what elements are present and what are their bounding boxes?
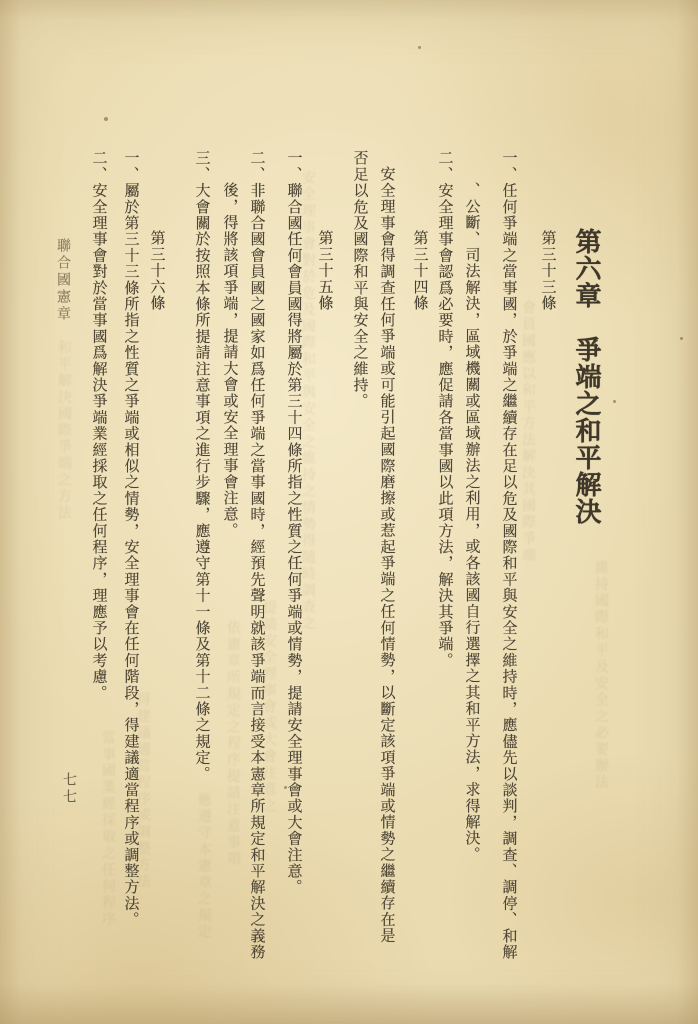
bleedthrough-text: 維持國際和平及安全之必要辦法 bbox=[593, 560, 607, 791]
paper-speck bbox=[680, 337, 683, 340]
text-column: 否足以危及國際和平與安全之維持。 bbox=[352, 150, 367, 409]
bleedthrough-text: 安全理事會對於危及國際和平與安全之維持之情勢得隨時調查之 bbox=[300, 170, 314, 632]
scanned-book-page: 第六章 爭端之和平解決第三十三條一、任何爭端之當事國，於爭端之繼續存在足以危及國… bbox=[0, 0, 698, 1024]
chapter-title: 第六章 爭端之和平解決 bbox=[573, 228, 599, 525]
bleedthrough-text: 當事國業經採取之任何程序 bbox=[100, 730, 114, 928]
bleedthrough-text: 提請安全理事會或大會注意之 bbox=[261, 600, 275, 815]
article-heading: 第三十六條 bbox=[149, 230, 164, 311]
text-column: 二、安全理事會認爲必要時，應促請各當事國以此項方法，解決其爭端。 bbox=[437, 150, 452, 668]
running-title: 聯合國憲章 bbox=[55, 238, 69, 323]
bleedthrough-text: 依憲章所規定之程序提請注意事項 bbox=[225, 620, 239, 868]
paper-speck bbox=[104, 117, 108, 121]
paper-speck bbox=[284, 786, 287, 789]
bleedthrough-text: 會員國應以和平方法解決其國際爭端 bbox=[520, 300, 534, 564]
text-column: 二、非聯合國會員國之國家如爲任何爭端之當事國時，經預先聲明就該爭端而言接受本憲章… bbox=[249, 150, 264, 960]
text-column: 二、安全理事會對於當事國爲解決爭端業經採取之任何程序，理應予以考慮。 bbox=[91, 150, 106, 701]
text-column: 、公斷、司法解決，區域機關或區域辦法之利用，或各該國自行選擇之其和平方法，求得解… bbox=[464, 182, 479, 862]
article-heading: 第三十四條 bbox=[412, 230, 427, 311]
text-column: 一、任何爭端之當事國，於爭端之繼續存在足以危及國際和平與安全之維持時，應儘先以談… bbox=[501, 150, 516, 960]
text-column: 安全理事會得調查任何爭端或可能引起國際磨擦或惹起爭端之任何情勢，以斷定該項爭端或… bbox=[379, 166, 394, 944]
bleedthrough-text: 和平解決國際爭端之方法 bbox=[56, 340, 70, 522]
bleedthrough-text: 應遵守本憲章之規定 bbox=[196, 792, 210, 941]
text-column: 三、大會關於按照本條所提請注意事項之進行步驟，應遵守第十一條及第十二條之規定。 bbox=[194, 150, 209, 782]
page-number: 七七 bbox=[61, 772, 75, 806]
text-column: 一、聯合國任何會員國得將屬於第三十四條所指之性質之任何爭端或情勢，提請安全理事會… bbox=[286, 150, 301, 895]
article-heading: 第三十五條 bbox=[317, 230, 332, 311]
article-heading: 第三十三條 bbox=[540, 230, 555, 311]
text-column: 後，得將該項爭端，提請大會或安全理事會注意。 bbox=[222, 182, 237, 538]
bleedthrough-text: 得建議適當程序或調整方法 bbox=[135, 692, 149, 890]
paper-speck bbox=[418, 46, 421, 49]
paper-speck bbox=[613, 400, 616, 403]
